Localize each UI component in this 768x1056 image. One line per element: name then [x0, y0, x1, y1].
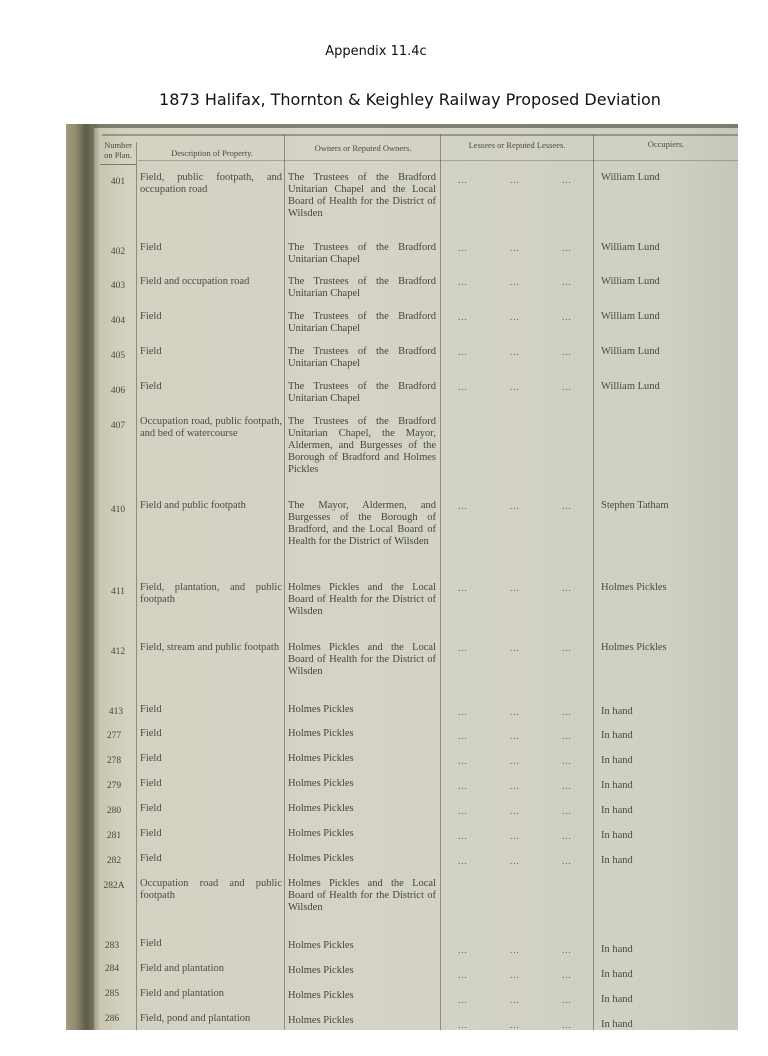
plan-number: 410 — [100, 504, 136, 516]
plan-number: 278 — [96, 755, 132, 767]
lessee-placeholder: ... — [510, 174, 520, 186]
owners: The Trustees of the Bradford Unitarian C… — [288, 311, 436, 335]
property-description: Field, public footpath, and occupation r… — [140, 172, 282, 196]
lessee-placeholder: ... — [562, 346, 572, 358]
header-occupiers: Occupiers. — [596, 139, 736, 149]
occupiers: William Lund — [601, 172, 731, 184]
lessee-placeholder: ... — [458, 174, 468, 186]
occupiers: William Lund — [601, 276, 731, 288]
property-description: Field, pond and plantation — [140, 1013, 282, 1025]
lessee-placeholder: ... — [510, 242, 520, 254]
schedule-table: Number on Plan. Description of Property.… — [96, 130, 738, 1030]
owners: Holmes Pickles — [288, 965, 436, 977]
lessee-placeholder: ... — [562, 242, 572, 254]
header-underline-number — [100, 164, 136, 165]
book-spine — [66, 124, 94, 1030]
property-description: Field — [140, 778, 282, 790]
header-underline — [138, 160, 738, 161]
plan-number: 403 — [100, 280, 136, 292]
lessee-placeholder: ... — [458, 276, 468, 288]
occupiers: William Lund — [601, 346, 731, 358]
lessee-placeholder: ... — [458, 805, 468, 817]
property-description: Field and plantation — [140, 988, 282, 1000]
lessee-placeholder: ... — [562, 311, 572, 323]
lessee-placeholder: ... — [510, 755, 520, 767]
property-description: Field — [140, 853, 282, 865]
occupiers: In hand — [601, 969, 731, 981]
owners: Holmes Pickles — [288, 728, 436, 740]
occupiers: Holmes Pickles — [601, 582, 731, 594]
occupiers: In hand — [601, 755, 731, 767]
appendix-text: Appendix 11.4c — [325, 44, 426, 59]
lessee-placeholder: ... — [458, 346, 468, 358]
lessee-placeholder: ... — [562, 780, 572, 792]
lessee-placeholder: ... — [562, 805, 572, 817]
lessee-placeholder: ... — [510, 830, 520, 842]
owners: Holmes Pickles — [288, 1015, 436, 1027]
plan-number: 406 — [100, 385, 136, 397]
lessee-placeholder: ... — [510, 500, 520, 512]
lessee-placeholder: ... — [458, 755, 468, 767]
plan-number: 285 — [94, 988, 130, 1000]
lessee-placeholder: ... — [458, 642, 468, 654]
property-description: Field and public footpath — [140, 500, 282, 512]
lessee-placeholder: ... — [458, 500, 468, 512]
property-description: Field — [140, 704, 282, 716]
plan-number: 282 — [96, 855, 132, 867]
owners: The Trustees of the Bradford Unitarian C… — [288, 381, 436, 405]
lessee-placeholder: ... — [458, 730, 468, 742]
owners: Holmes Pickles — [288, 940, 436, 952]
plan-number: 402 — [100, 246, 136, 258]
lessee-placeholder: ... — [562, 1019, 572, 1030]
owners: Holmes Pickles and the Local Board of He… — [288, 878, 436, 914]
lessee-placeholder: ... — [458, 944, 468, 956]
property-description: Field — [140, 346, 282, 358]
lessee-placeholder: ... — [458, 706, 468, 718]
lessee-placeholder: ... — [562, 944, 572, 956]
lessee-placeholder: ... — [562, 706, 572, 718]
occupiers: William Lund — [601, 311, 731, 323]
property-description: Occupation road and public footpath — [140, 878, 282, 902]
lessee-placeholder: ... — [510, 311, 520, 323]
property-description: Field, stream and public footpath — [140, 642, 282, 654]
property-description: Field — [140, 753, 282, 765]
lessee-placeholder: ... — [562, 276, 572, 288]
property-description: Field — [140, 242, 282, 254]
lessee-placeholder: ... — [458, 830, 468, 842]
lessee-placeholder: ... — [510, 276, 520, 288]
lessee-placeholder: ... — [458, 582, 468, 594]
plan-number: 404 — [100, 315, 136, 327]
owners: Holmes Pickles — [288, 828, 436, 840]
document-title: 1873 Halifax, Thornton & Keighley Railwa… — [0, 90, 768, 109]
owners: The Mayor, Aldermen, and Burgesses of th… — [288, 500, 436, 548]
col-divider-3 — [440, 134, 441, 1030]
plan-number: 284 — [94, 963, 130, 975]
lessee-placeholder: ... — [458, 994, 468, 1006]
plan-number: 283 — [94, 940, 130, 952]
lessee-placeholder: ... — [510, 780, 520, 792]
appendix-label: Appendix 11.4c — [0, 44, 768, 59]
lessee-placeholder: ... — [510, 346, 520, 358]
owners: Holmes Pickles — [288, 853, 436, 865]
header-description: Description of Property. — [144, 148, 280, 158]
lessee-placeholder: ... — [510, 582, 520, 594]
plan-number: 411 — [100, 586, 136, 598]
property-description: Field — [140, 828, 282, 840]
property-description: Field — [140, 938, 282, 950]
lessee-placeholder: ... — [510, 730, 520, 742]
lessee-placeholder: ... — [562, 381, 572, 393]
plan-number: 281 — [96, 830, 132, 842]
occupiers: In hand — [601, 830, 731, 842]
occupiers: In hand — [601, 1019, 731, 1030]
lessee-placeholder: ... — [562, 174, 572, 186]
owners: Holmes Pickles and the Local Board of He… — [288, 582, 436, 618]
property-description: Field and occupation road — [140, 276, 282, 288]
owners: The Trustees of the Bradford Unitarian C… — [288, 416, 436, 476]
plan-number: 286 — [94, 1013, 130, 1025]
lessee-placeholder: ... — [510, 994, 520, 1006]
col-divider-2 — [284, 134, 285, 1030]
occupiers: William Lund — [601, 381, 731, 393]
owners: Holmes Pickles — [288, 753, 436, 765]
lessee-placeholder: ... — [458, 969, 468, 981]
lessee-placeholder: ... — [510, 1019, 520, 1030]
property-description: Field, plantation, and public footpath — [140, 582, 282, 606]
plan-number: 407 — [100, 420, 136, 432]
owners: Holmes Pickles — [288, 990, 436, 1002]
plan-number: 413 — [98, 706, 134, 718]
col-divider-4 — [593, 134, 594, 1030]
col-divider-1 — [136, 142, 137, 1030]
plan-number: 282A — [96, 880, 132, 892]
occupiers: In hand — [601, 994, 731, 1006]
lessee-placeholder: ... — [458, 311, 468, 323]
lessee-placeholder: ... — [510, 706, 520, 718]
lessee-placeholder: ... — [458, 242, 468, 254]
lessee-placeholder: ... — [458, 855, 468, 867]
occupiers: In hand — [601, 805, 731, 817]
property-description: Field — [140, 803, 282, 815]
occupiers: Stephen Tatham — [601, 500, 731, 512]
plan-number: 279 — [96, 780, 132, 792]
owners: Holmes Pickles — [288, 803, 436, 815]
lessee-placeholder: ... — [510, 944, 520, 956]
lessee-placeholder: ... — [510, 642, 520, 654]
owners: The Trustees of the Bradford Unitarian C… — [288, 346, 436, 370]
top-rule — [102, 134, 738, 136]
lessee-placeholder: ... — [562, 755, 572, 767]
lessee-placeholder: ... — [510, 969, 520, 981]
lessee-placeholder: ... — [562, 500, 572, 512]
plan-number: 277 — [96, 730, 132, 742]
owners: The Trustees of the Bradford Unitarian C… — [288, 242, 436, 266]
lessee-placeholder: ... — [562, 969, 572, 981]
owners: Holmes Pickles — [288, 704, 436, 716]
header-owners: Owners or Reputed Owners. — [288, 143, 438, 153]
lessee-placeholder: ... — [458, 381, 468, 393]
occupiers: In hand — [601, 855, 731, 867]
lessee-placeholder: ... — [510, 381, 520, 393]
property-description: Field — [140, 381, 282, 393]
property-description: Field and plantation — [140, 963, 282, 975]
property-description: Field — [140, 311, 282, 323]
lessee-placeholder: ... — [562, 830, 572, 842]
occupiers: William Lund — [601, 242, 731, 254]
lessee-placeholder: ... — [510, 805, 520, 817]
occupiers: In hand — [601, 944, 731, 956]
occupiers: In hand — [601, 706, 731, 718]
property-description: Occupation road, public footpath, and be… — [140, 416, 282, 440]
lessee-placeholder: ... — [458, 1019, 468, 1030]
lessee-placeholder: ... — [562, 730, 572, 742]
scanned-page-photo: Number on Plan. Description of Property.… — [66, 124, 738, 1030]
lessee-placeholder: ... — [510, 855, 520, 867]
plan-number: 405 — [100, 350, 136, 362]
owners: The Trustees of the Bradford Unitarian C… — [288, 276, 436, 300]
occupiers: In hand — [601, 730, 731, 742]
lessee-placeholder: ... — [562, 582, 572, 594]
lessee-placeholder: ... — [562, 994, 572, 1006]
plan-number: 280 — [96, 805, 132, 817]
lessee-placeholder: ... — [562, 855, 572, 867]
occupiers: In hand — [601, 780, 731, 792]
plan-number: 412 — [100, 646, 136, 658]
property-description: Field — [140, 728, 282, 740]
occupiers: Holmes Pickles — [601, 642, 731, 654]
owners: Holmes Pickles — [288, 778, 436, 790]
header-lessees: Lessees or Reputed Lessees. — [444, 140, 590, 150]
lessee-placeholder: ... — [458, 780, 468, 792]
owners: The Trustees of the Bradford Unitarian C… — [288, 172, 436, 220]
lessee-placeholder: ... — [562, 642, 572, 654]
header-number: Number on Plan. — [100, 140, 136, 160]
plan-number: 401 — [100, 176, 136, 188]
owners: Holmes Pickles and the Local Board of He… — [288, 642, 436, 678]
